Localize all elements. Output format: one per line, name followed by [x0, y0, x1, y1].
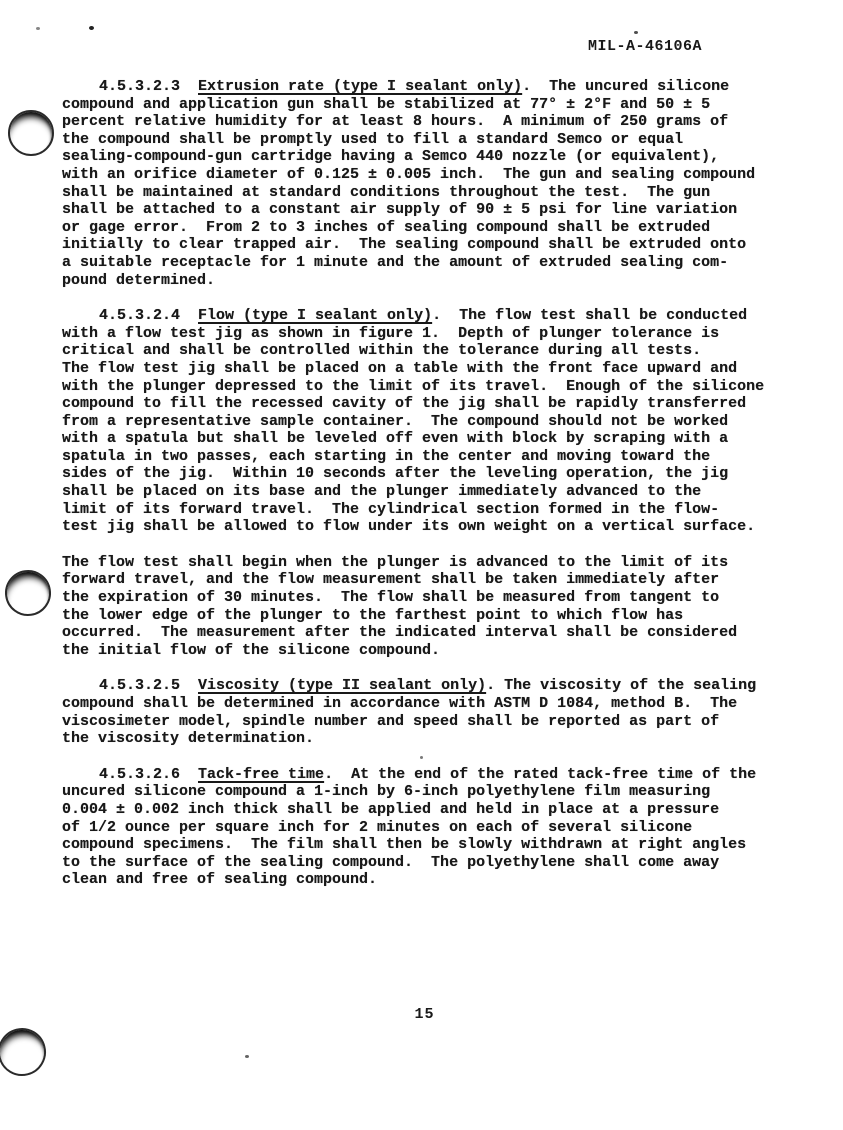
- paragraph-first-line: 4.5.3.2.3 Extrusion rate (type I sealant…: [62, 78, 792, 96]
- paragraph-line: the expiration of 30 minutes. The flow s…: [62, 589, 792, 607]
- paragraph-text: . At the end of the rated tack-free time…: [324, 766, 756, 783]
- paragraph-line: with an orifice diameter of 0.125 ± 0.00…: [62, 166, 792, 184]
- paragraph-line: initially to clear trapped air. The seal…: [62, 236, 792, 254]
- scan-speck: [245, 1055, 249, 1058]
- paragraph-text: . The flow test shall be conducted: [432, 307, 747, 324]
- paragraph-line: shall be maintained at standard conditio…: [62, 184, 792, 202]
- paragraph-line: or gage error. From 2 to 3 inches of sea…: [62, 219, 792, 237]
- paragraph: 4.5.3.2.6 Tack-free time. At the end of …: [62, 766, 792, 889]
- paragraph-line: shall be placed on its base and the plun…: [62, 483, 792, 501]
- paragraph-line: viscosimeter model, spindle number and s…: [62, 713, 792, 731]
- paragraph: 4.5.3.2.4 Flow (type I sealant only). Th…: [62, 307, 792, 536]
- paragraph-line: a suitable receptacle for 1 minute and t…: [62, 254, 792, 272]
- paragraph-number: 4.5.3.2.4: [99, 307, 198, 324]
- scan-speck: [634, 31, 638, 34]
- paragraph-title: Viscosity (type II sealant only): [198, 677, 486, 694]
- punch-hole-icon: [8, 110, 54, 156]
- paragraph-line: limit of its forward travel. The cylindr…: [62, 501, 792, 519]
- paragraph-line: compound shall be determined in accordan…: [62, 695, 792, 713]
- paragraph-line: of 1/2 ounce per square inch for 2 minut…: [62, 819, 792, 837]
- paragraph-number: 4.5.3.2.6: [99, 766, 198, 783]
- paragraph-line: clean and free of sealing compound.: [62, 871, 792, 889]
- paragraph-line: to the surface of the sealing compound. …: [62, 854, 792, 872]
- paragraph-line: the compound shall be promptly used to f…: [62, 131, 792, 149]
- paragraph-number: 4.5.3.2.5: [99, 677, 198, 694]
- paragraph-line: the initial flow of the silicone compoun…: [62, 642, 792, 660]
- paragraph-text: . The uncured silicone: [522, 78, 729, 95]
- paragraph-line: with a flow test jig as shown in figure …: [62, 325, 792, 343]
- punch-hole-icon: [0, 1023, 51, 1081]
- paragraph-line: sealing-compound-gun cartridge having a …: [62, 148, 792, 166]
- paragraph-line: The flow test shall begin when the plung…: [62, 554, 792, 572]
- paragraph-line: forward travel, and the flow measurement…: [62, 571, 792, 589]
- paragraph-title: Extrusion rate (type I sealant only): [198, 78, 522, 95]
- paragraph-line: critical and shall be controlled within …: [62, 342, 792, 360]
- paragraph-title: Flow (type I sealant only): [198, 307, 432, 324]
- paragraph-line: with a spatula but shall be leveled off …: [62, 430, 792, 448]
- page-number: 15: [62, 1006, 787, 1023]
- paragraph-first-line: 4.5.3.2.4 Flow (type I sealant only). Th…: [62, 307, 792, 325]
- paragraph-line: pound determined.: [62, 272, 792, 290]
- paragraph-line: compound to fill the recessed cavity of …: [62, 395, 792, 413]
- paragraph-line: sides of the jig. Within 10 seconds afte…: [62, 465, 792, 483]
- scan-speck: [89, 26, 94, 30]
- document-page: MIL-A-46106A 4.5.3.2.3 Extrusion rate (t…: [0, 0, 843, 1130]
- paragraph-line: occurred. The measurement after the indi…: [62, 624, 792, 642]
- paragraph-line: percent relative humidity for at least 8…: [62, 113, 792, 131]
- paragraph-number: 4.5.3.2.3: [99, 78, 198, 95]
- paragraph-line: uncured silicone compound a 1-inch by 6-…: [62, 783, 792, 801]
- paragraph-line: test jig shall be allowed to flow under …: [62, 518, 792, 536]
- punch-hole-icon: [2, 567, 54, 619]
- paragraph-first-line: 4.5.3.2.5 Viscosity (type II sealant onl…: [62, 677, 792, 695]
- scan-speck: [36, 27, 40, 30]
- paragraph: 4.5.3.2.3 Extrusion rate (type I sealant…: [62, 78, 792, 289]
- paragraph-line: compound and application gun shall be st…: [62, 96, 792, 114]
- paragraph-line: 0.004 ± 0.002 inch thick shall be applie…: [62, 801, 792, 819]
- paragraph-line: The flow test jig shall be placed on a t…: [62, 360, 792, 378]
- paragraph-line: compound specimens. The film shall then …: [62, 836, 792, 854]
- doc-id: MIL-A-46106A: [588, 38, 702, 55]
- paragraph-title: Tack-free time: [198, 766, 324, 783]
- paragraph-line: spatula in two passes, each starting in …: [62, 448, 792, 466]
- paragraph-line: the lower edge of the plunger to the far…: [62, 607, 792, 625]
- paragraph-line: the viscosity determination.: [62, 730, 792, 748]
- paragraph: The flow test shall begin when the plung…: [62, 554, 792, 660]
- paragraph-line: shall be attached to a constant air supp…: [62, 201, 792, 219]
- paragraph-text: . The viscosity of the sealing: [486, 677, 756, 694]
- document-body: 4.5.3.2.3 Extrusion rate (type I sealant…: [62, 78, 792, 907]
- paragraph-line: with the plunger depressed to the limit …: [62, 378, 792, 396]
- paragraph-line: from a representative sample container. …: [62, 413, 792, 431]
- paragraph: 4.5.3.2.5 Viscosity (type II sealant onl…: [62, 677, 792, 747]
- paragraph-first-line: 4.5.3.2.6 Tack-free time. At the end of …: [62, 766, 792, 784]
